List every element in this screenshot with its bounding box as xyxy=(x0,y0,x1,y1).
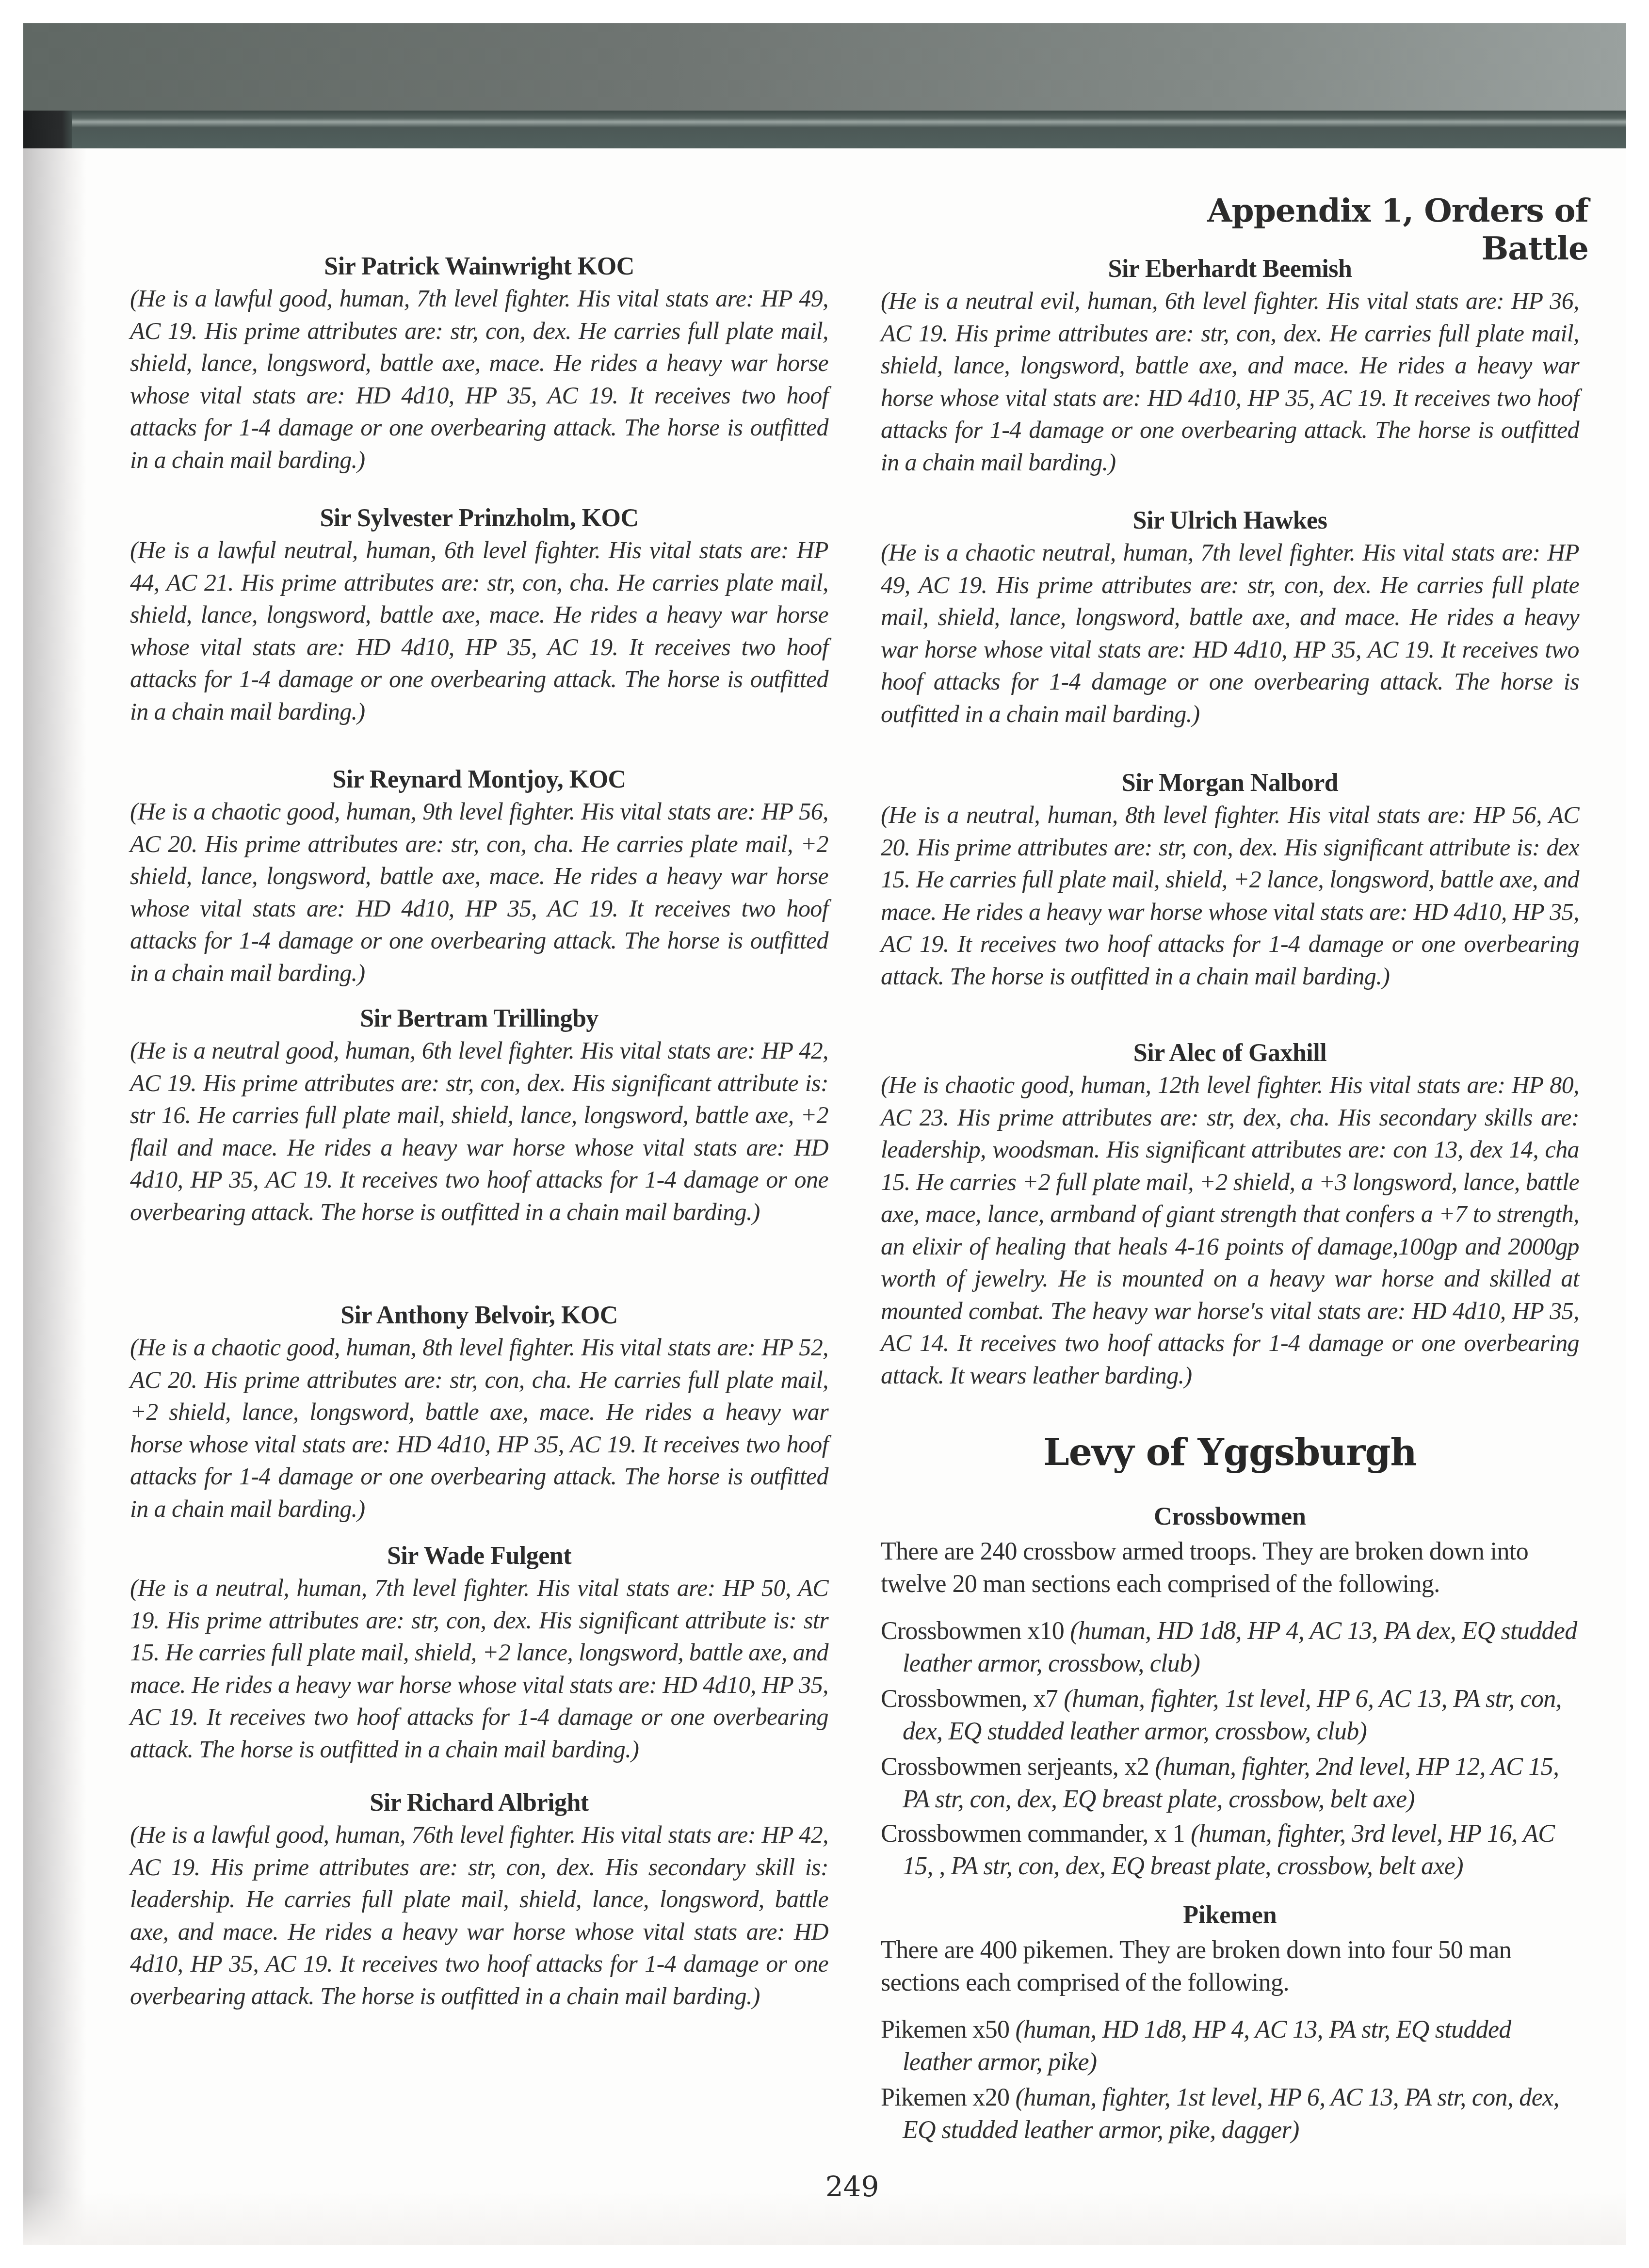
knight-entry: Sir Sylvester Prinzholm, KOC (He is a la… xyxy=(130,503,828,727)
unit-line: Crossbowmen commander, x 1 (human, fight… xyxy=(881,1818,1579,1882)
knight-description: (He is a lawful good, human, 76th level … xyxy=(130,1818,828,2012)
book-spine-corner xyxy=(23,111,72,148)
unit-label: Crossbowmen x10 xyxy=(881,1617,1070,1645)
knight-name: Sir Anthony Belvoir, KOC xyxy=(130,1300,828,1331)
knight-entry: Sir Bertram Trillingby (He is a neutral … xyxy=(130,1003,828,1228)
unit-line: Crossbowmen, x7 (human, fighter, 1st lev… xyxy=(881,1683,1579,1748)
pikemen-intro: There are 400 pikemen. They are broken d… xyxy=(881,1934,1579,1999)
knight-name: Sir Morgan Nalbord xyxy=(881,768,1579,799)
knight-entry: Sir Anthony Belvoir, KOC (He is a chaoti… xyxy=(130,1300,828,1525)
knight-description: (He is a chaotic good, human, 8th level … xyxy=(130,1331,828,1525)
knight-name: Sir Patrick Wainwright KOC xyxy=(130,251,828,282)
unit-line: Pikemen x50 (human, HD 1d8, HP 4, AC 13,… xyxy=(881,2013,1579,2078)
unit-label: Crossbowmen, x7 xyxy=(881,1685,1064,1713)
knight-description: (He is a neutral, human, 7th level fight… xyxy=(130,1572,828,1765)
subsection-title-pikemen: Pikemen xyxy=(881,1901,1579,1930)
book-cover-edge xyxy=(23,111,1626,148)
section-title-levy: Levy of Yggsburgh xyxy=(881,1431,1579,1474)
knight-description: (He is a chaotic good, human, 9th level … xyxy=(130,795,828,989)
knight-name: Sir Bertram Trillingby xyxy=(130,1003,828,1034)
knight-name: Sir Eberhardt Beemish xyxy=(881,254,1579,285)
knight-entry: Sir Reynard Montjoy, KOC (He is a chaoti… xyxy=(130,764,828,989)
knight-entry: Sir Ulrich Hawkes (He is a chaotic neutr… xyxy=(881,505,1579,730)
unit-label: Crossbowmen serjeants, x2 xyxy=(881,1753,1155,1781)
knight-name: Sir Alec of Gaxhill xyxy=(881,1038,1579,1069)
unit-line: Crossbowmen serjeants, x2 (human, fighte… xyxy=(881,1751,1579,1816)
knight-name: Sir Wade Fulgent xyxy=(130,1541,828,1572)
knight-name: Sir Sylvester Prinzholm, KOC xyxy=(130,503,828,534)
knight-entry: Sir Alec of Gaxhill (He is chaotic good,… xyxy=(881,1038,1579,1391)
unit-label: Crossbowmen commander, x 1 xyxy=(881,1820,1191,1848)
unit-line: Crossbowmen x10 (human, HD 1d8, HP 4, AC… xyxy=(881,1615,1579,1680)
knight-description: (He is a neutral good, human, 6th level … xyxy=(130,1034,828,1228)
knight-description: (He is a neutral, human, 8th level fight… xyxy=(881,799,1579,992)
knight-name: Sir Reynard Montjoy, KOC xyxy=(130,764,828,795)
subsection-title-crossbowmen: Crossbowmen xyxy=(881,1502,1579,1531)
page-number: 249 xyxy=(804,2170,901,2203)
knight-entry: Sir Eberhardt Beemish (He is a neutral e… xyxy=(881,254,1579,478)
unit-label: Pikemen x50 xyxy=(881,2016,1016,2043)
knight-description: (He is a lawful neutral, human, 6th leve… xyxy=(130,534,828,727)
knight-name: Sir Richard Albright xyxy=(130,1787,828,1818)
unit-line: Pikemen x20 (human, fighter, 1st level, … xyxy=(881,2081,1579,2146)
crossbowmen-intro: There are 240 crossbow armed troops. The… xyxy=(881,1535,1579,1600)
book-edge-background xyxy=(23,23,1626,148)
knight-description: (He is chaotic good, human, 12th level f… xyxy=(881,1069,1579,1391)
knight-entry: Sir Morgan Nalbord (He is a neutral, hum… xyxy=(881,768,1579,992)
knight-entry: Sir Patrick Wainwright KOC (He is a lawf… xyxy=(130,251,828,476)
knight-description: (He is a lawful good, human, 7th level f… xyxy=(130,282,828,476)
unit-label: Pikemen x20 xyxy=(881,2084,1016,2111)
knight-entry: Sir Wade Fulgent (He is a neutral, human… xyxy=(130,1541,828,1765)
knight-entry: Sir Richard Albright (He is a lawful goo… xyxy=(130,1787,828,2012)
spine-shadow xyxy=(23,148,86,2245)
knight-name: Sir Ulrich Hawkes xyxy=(881,505,1579,536)
knight-description: (He is a chaotic neutral, human, 7th lev… xyxy=(881,536,1579,730)
knight-description: (He is a neutral evil, human, 6th level … xyxy=(881,285,1579,478)
